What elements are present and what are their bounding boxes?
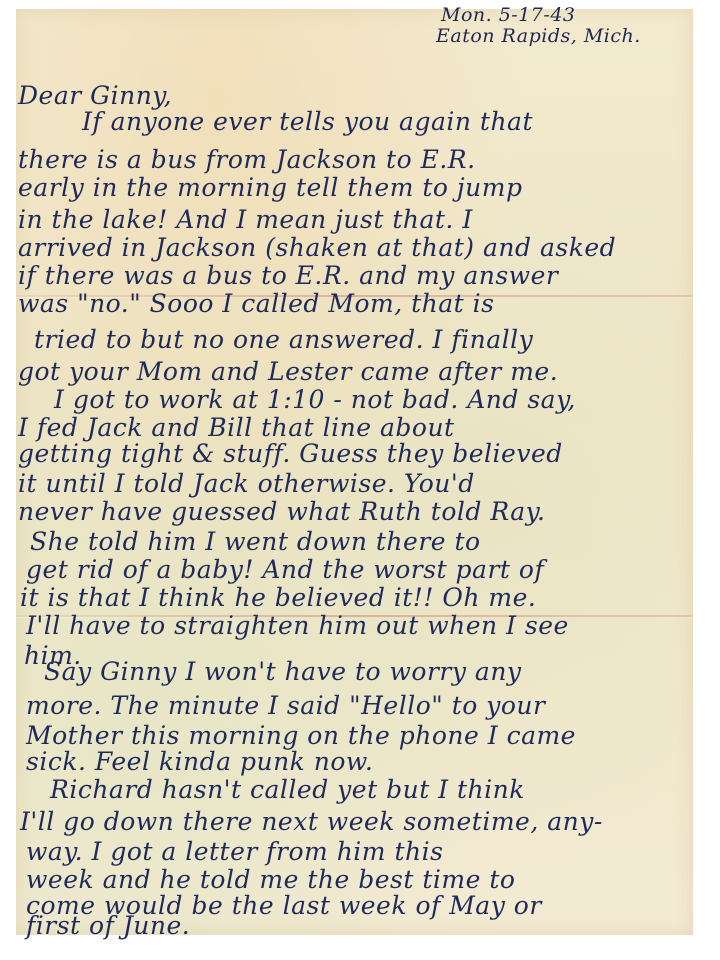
letter-line: arrived in Jackson (shaken at that) and … — [18, 235, 616, 260]
letter-greeting: Dear Ginny, — [18, 83, 172, 108]
letter-line: if there was a bus to E.R. and my answer — [18, 263, 558, 288]
letter-line: I'll go down there next week sometime, a… — [20, 809, 603, 834]
letter-line: it until I told Jack otherwise. You'd — [18, 471, 475, 496]
letter-line: I got to work at 1:10 - not bad. And say… — [54, 387, 576, 412]
letter-line: getting tight & stuff. Guess they believ… — [18, 441, 563, 466]
letter-line: never have guessed what Ruth told Ray. — [18, 499, 545, 524]
letter-place: Eaton Rapids, Mich. — [436, 27, 641, 46]
letter-page: Mon. 5-17-43 Eaton Rapids, Mich. Dear Gi… — [16, 9, 693, 935]
letter-line: way. I got a letter from him this — [26, 839, 443, 864]
letter-line: there is a bus from Jackson to E.R. — [18, 147, 476, 172]
letter-line: in the lake! And I mean just that. I — [18, 207, 473, 232]
letter-line: more. The minute I said "Hello" to your — [26, 693, 545, 718]
letter-line: week and he told me the best time to — [26, 867, 515, 892]
letter-line: I'll have to straighten him out when I s… — [26, 613, 569, 638]
letter-line: Say Ginny I won't have to worry any — [44, 659, 522, 684]
letter-line: tried to but no one answered. I finally — [34, 327, 533, 352]
letter-line: early in the morning tell them to jump — [18, 175, 523, 200]
letter-line: If anyone ever tells you again that — [82, 109, 533, 134]
letter-date: Mon. 5-17-43 — [441, 6, 576, 25]
letter-line: it is that I think he believed it!! Oh m… — [20, 585, 536, 610]
letter-line: Mother this morning on the phone I came — [26, 723, 576, 748]
letter-line: first of June. — [26, 913, 190, 938]
letter-line: Richard hasn't called yet but I think — [50, 777, 525, 802]
letter-line: I fed Jack and Bill that line about — [18, 415, 455, 440]
letter-line: She told him I went down there to — [30, 529, 481, 554]
letter-line: sick. Feel kinda punk now. — [26, 749, 373, 774]
letter-line: got your Mom and Lester came after me. — [18, 359, 558, 384]
letter-line: was "no." Sooo I called Mom, that is — [18, 291, 495, 316]
letter-line: get rid of a baby! And the worst part of — [26, 557, 544, 582]
